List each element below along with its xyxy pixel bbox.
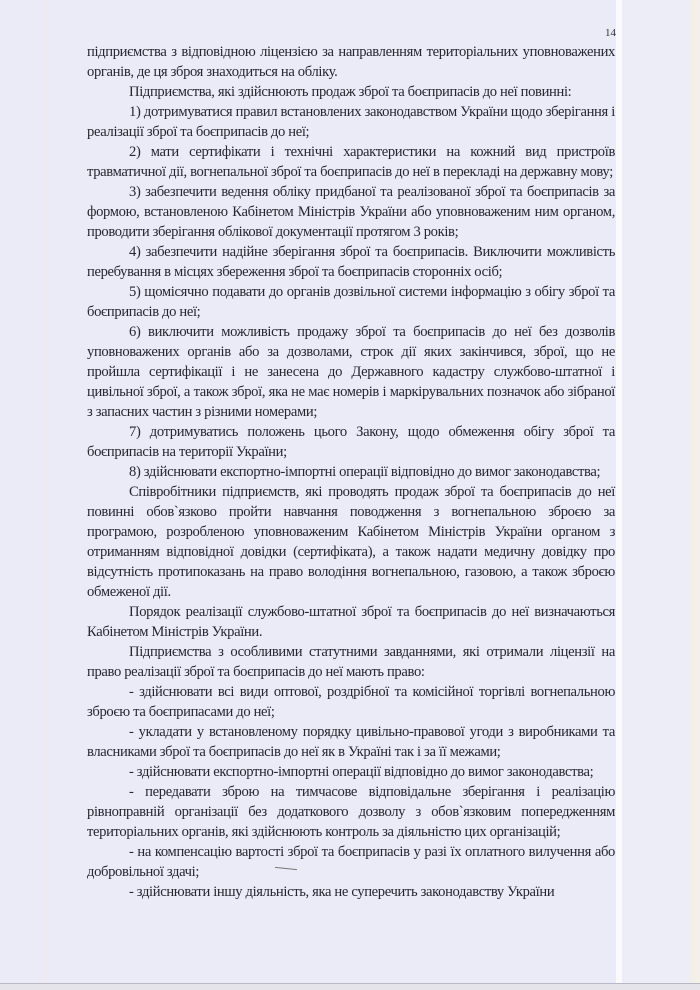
- list-item: - передавати зброю на тимчасове відповід…: [87, 782, 615, 842]
- list-item: 4) забезпечити надійне зберігання зброї …: [87, 242, 615, 282]
- page-bottom-edge: [0, 983, 700, 990]
- list-item: 3) забезпечити ведення обліку придбаної …: [87, 182, 615, 242]
- paragraph: Порядок реалізації службово-штатної збро…: [87, 602, 615, 642]
- paragraph: Підприємства з особливими статутними зав…: [87, 642, 615, 682]
- list-item: - здійснювати всі види оптової, роздрібн…: [87, 682, 615, 722]
- document-body: підприємства з відповідною ліцензією за …: [87, 42, 615, 902]
- list-item: 6) виключити можливість продажу зброї та…: [87, 322, 615, 422]
- list-item: 8) здійснювати експортно-імпортні операц…: [87, 462, 615, 482]
- paragraph: Підприємства, які здійснюють продаж збро…: [87, 82, 615, 102]
- list-item: - укладати у встановленому порядку цивіл…: [87, 722, 615, 762]
- list-item: 2) мати сертифікати і технічні характери…: [87, 142, 615, 182]
- list-item: 5) щомісячно подавати до органів дозвіль…: [87, 282, 615, 322]
- list-item: 7) дотримуватись положень цього Закону, …: [87, 422, 615, 462]
- page-left-edge: [44, 0, 46, 983]
- page-right-margin: [622, 0, 700, 983]
- page-number: 14: [605, 27, 616, 39]
- paragraph: Співробітники підприємств, які проводять…: [87, 482, 615, 602]
- list-item: - на компенсацію вартості зброї та боєпр…: [87, 842, 615, 882]
- page-right-edge: [690, 0, 700, 983]
- list-item: - здійснювати експортно-імпортні операці…: [87, 762, 615, 782]
- list-item: 1) дотримуватися правил встановлених зак…: [87, 102, 615, 142]
- paragraph: підприємства з відповідною ліцензією за …: [87, 42, 615, 82]
- list-item: - здійснювати іншу діяльність, яка не су…: [87, 882, 615, 902]
